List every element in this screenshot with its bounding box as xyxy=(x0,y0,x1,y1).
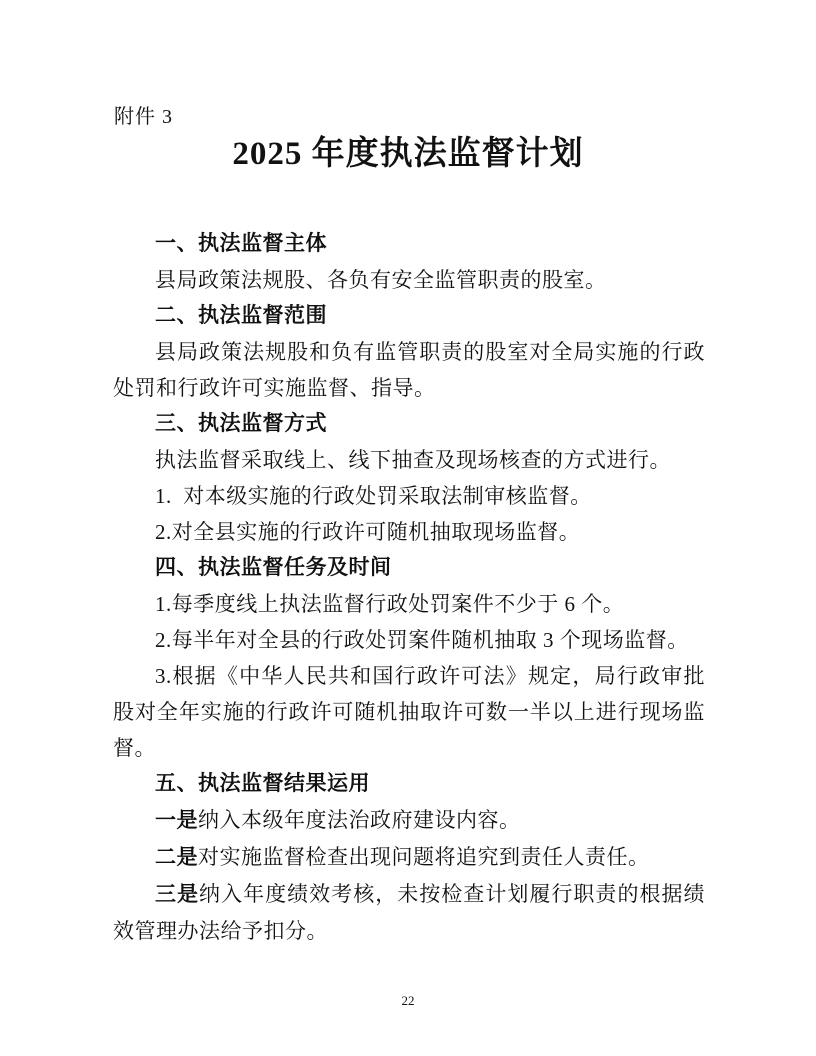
paragraph-text: 1.每季度线上执法监督行政处罚案件不少于 6 个。 xyxy=(155,592,624,616)
paragraph-text: 对实施监督检查出现问题将追究到责任人责任。 xyxy=(198,845,650,869)
paragraph-text: 2.对全县实施的行政许可随机抽取现场监督。 xyxy=(155,520,580,544)
page-number: 22 xyxy=(0,993,816,1009)
paragraph: 1. 对本级实施的行政处罚采取法制审核监督。 xyxy=(113,478,705,514)
section-heading: 四、执法监督任务及时间 xyxy=(113,550,705,586)
paragraph: 1.每季度线上执法监督行政处罚案件不少于 6 个。 xyxy=(113,586,705,622)
paragraph: 一是纳入本级年度法治政府建设内容。 xyxy=(113,802,705,839)
paragraph-bold-prefix: 三是 xyxy=(155,883,199,906)
paragraph: 3.根据《中华人民共和国行政许可法》规定，局行政审批股对全年实施的行政许可随机抽… xyxy=(113,658,705,766)
paragraph-text: 2.每半年对全县的行政处罚案件随机抽取 3 个现场监督。 xyxy=(155,628,689,652)
document-page: { "page": { "attachment_label": "附件 3", … xyxy=(0,0,816,1056)
document-body: 一、执法监督主体县局政策法规股、各负有安全监管职责的股室。二、执法监督范围县局政… xyxy=(113,226,705,949)
section: 二、执法监督范围县局政策法规股和负有监管职责的股室对全局实施的行政处罚和行政许可… xyxy=(113,298,705,406)
paragraph: 县局政策法规股和负有监管职责的股室对全局实施的行政处罚和行政许可实施监督、指导。 xyxy=(113,334,705,406)
paragraph-text: 纳入年度绩效考核，未按检查计划履行职责的根据绩效管理办法给予扣分。 xyxy=(113,882,705,943)
paragraph-text: 县局政策法规股和负有监管职责的股室对全局实施的行政处罚和行政许可实施监督、指导。 xyxy=(113,340,705,400)
paragraph: 县局政策法规股、各负有安全监管职责的股室。 xyxy=(113,262,705,298)
section: 四、执法监督任务及时间1.每季度线上执法监督行政处罚案件不少于 6 个。2.每半… xyxy=(113,550,705,766)
section: 五、执法监督结果运用一是纳入本级年度法治政府建设内容。二是对实施监督检查出现问题… xyxy=(113,766,705,949)
paragraph-bold-prefix: 一是 xyxy=(155,809,198,832)
paragraph-text: 执法监督采取线上、线下抽查及现场核查的方式进行。 xyxy=(155,448,671,472)
paragraph: 2.每半年对全县的行政处罚案件随机抽取 3 个现场监督。 xyxy=(113,622,705,658)
section-heading: 三、执法监督方式 xyxy=(113,406,705,442)
paragraph-bold-prefix: 二是 xyxy=(155,846,198,869)
paragraph: 二是对实施监督检查出现问题将追究到责任人责任。 xyxy=(113,839,705,876)
section-heading: 一、执法监督主体 xyxy=(113,226,705,262)
paragraph-text: 1. 对本级实施的行政处罚采取法制审核监督。 xyxy=(155,484,592,508)
paragraph-text: 县局政策法规股、各负有安全监管职责的股室。 xyxy=(155,268,607,292)
section: 一、执法监督主体县局政策法规股、各负有安全监管职责的股室。 xyxy=(113,226,705,298)
section-heading: 五、执法监督结果运用 xyxy=(113,766,705,802)
document-title: 2025 年度执法监督计划 xyxy=(0,133,816,175)
paragraph: 2.对全县实施的行政许可随机抽取现场监督。 xyxy=(113,514,705,550)
paragraph: 执法监督采取线上、线下抽查及现场核查的方式进行。 xyxy=(113,442,705,478)
section: 三、执法监督方式执法监督采取线上、线下抽查及现场核查的方式进行。1. 对本级实施… xyxy=(113,406,705,550)
paragraph-text: 纳入本级年度法治政府建设内容。 xyxy=(198,808,521,832)
paragraph: 三是纳入年度绩效考核，未按检查计划履行职责的根据绩效管理办法给予扣分。 xyxy=(113,876,705,949)
section-heading: 二、执法监督范围 xyxy=(113,298,705,334)
paragraph-text: 3.根据《中华人民共和国行政许可法》规定，局行政审批股对全年实施的行政许可随机抽… xyxy=(113,664,705,760)
attachment-label: 附件 3 xyxy=(114,104,173,130)
